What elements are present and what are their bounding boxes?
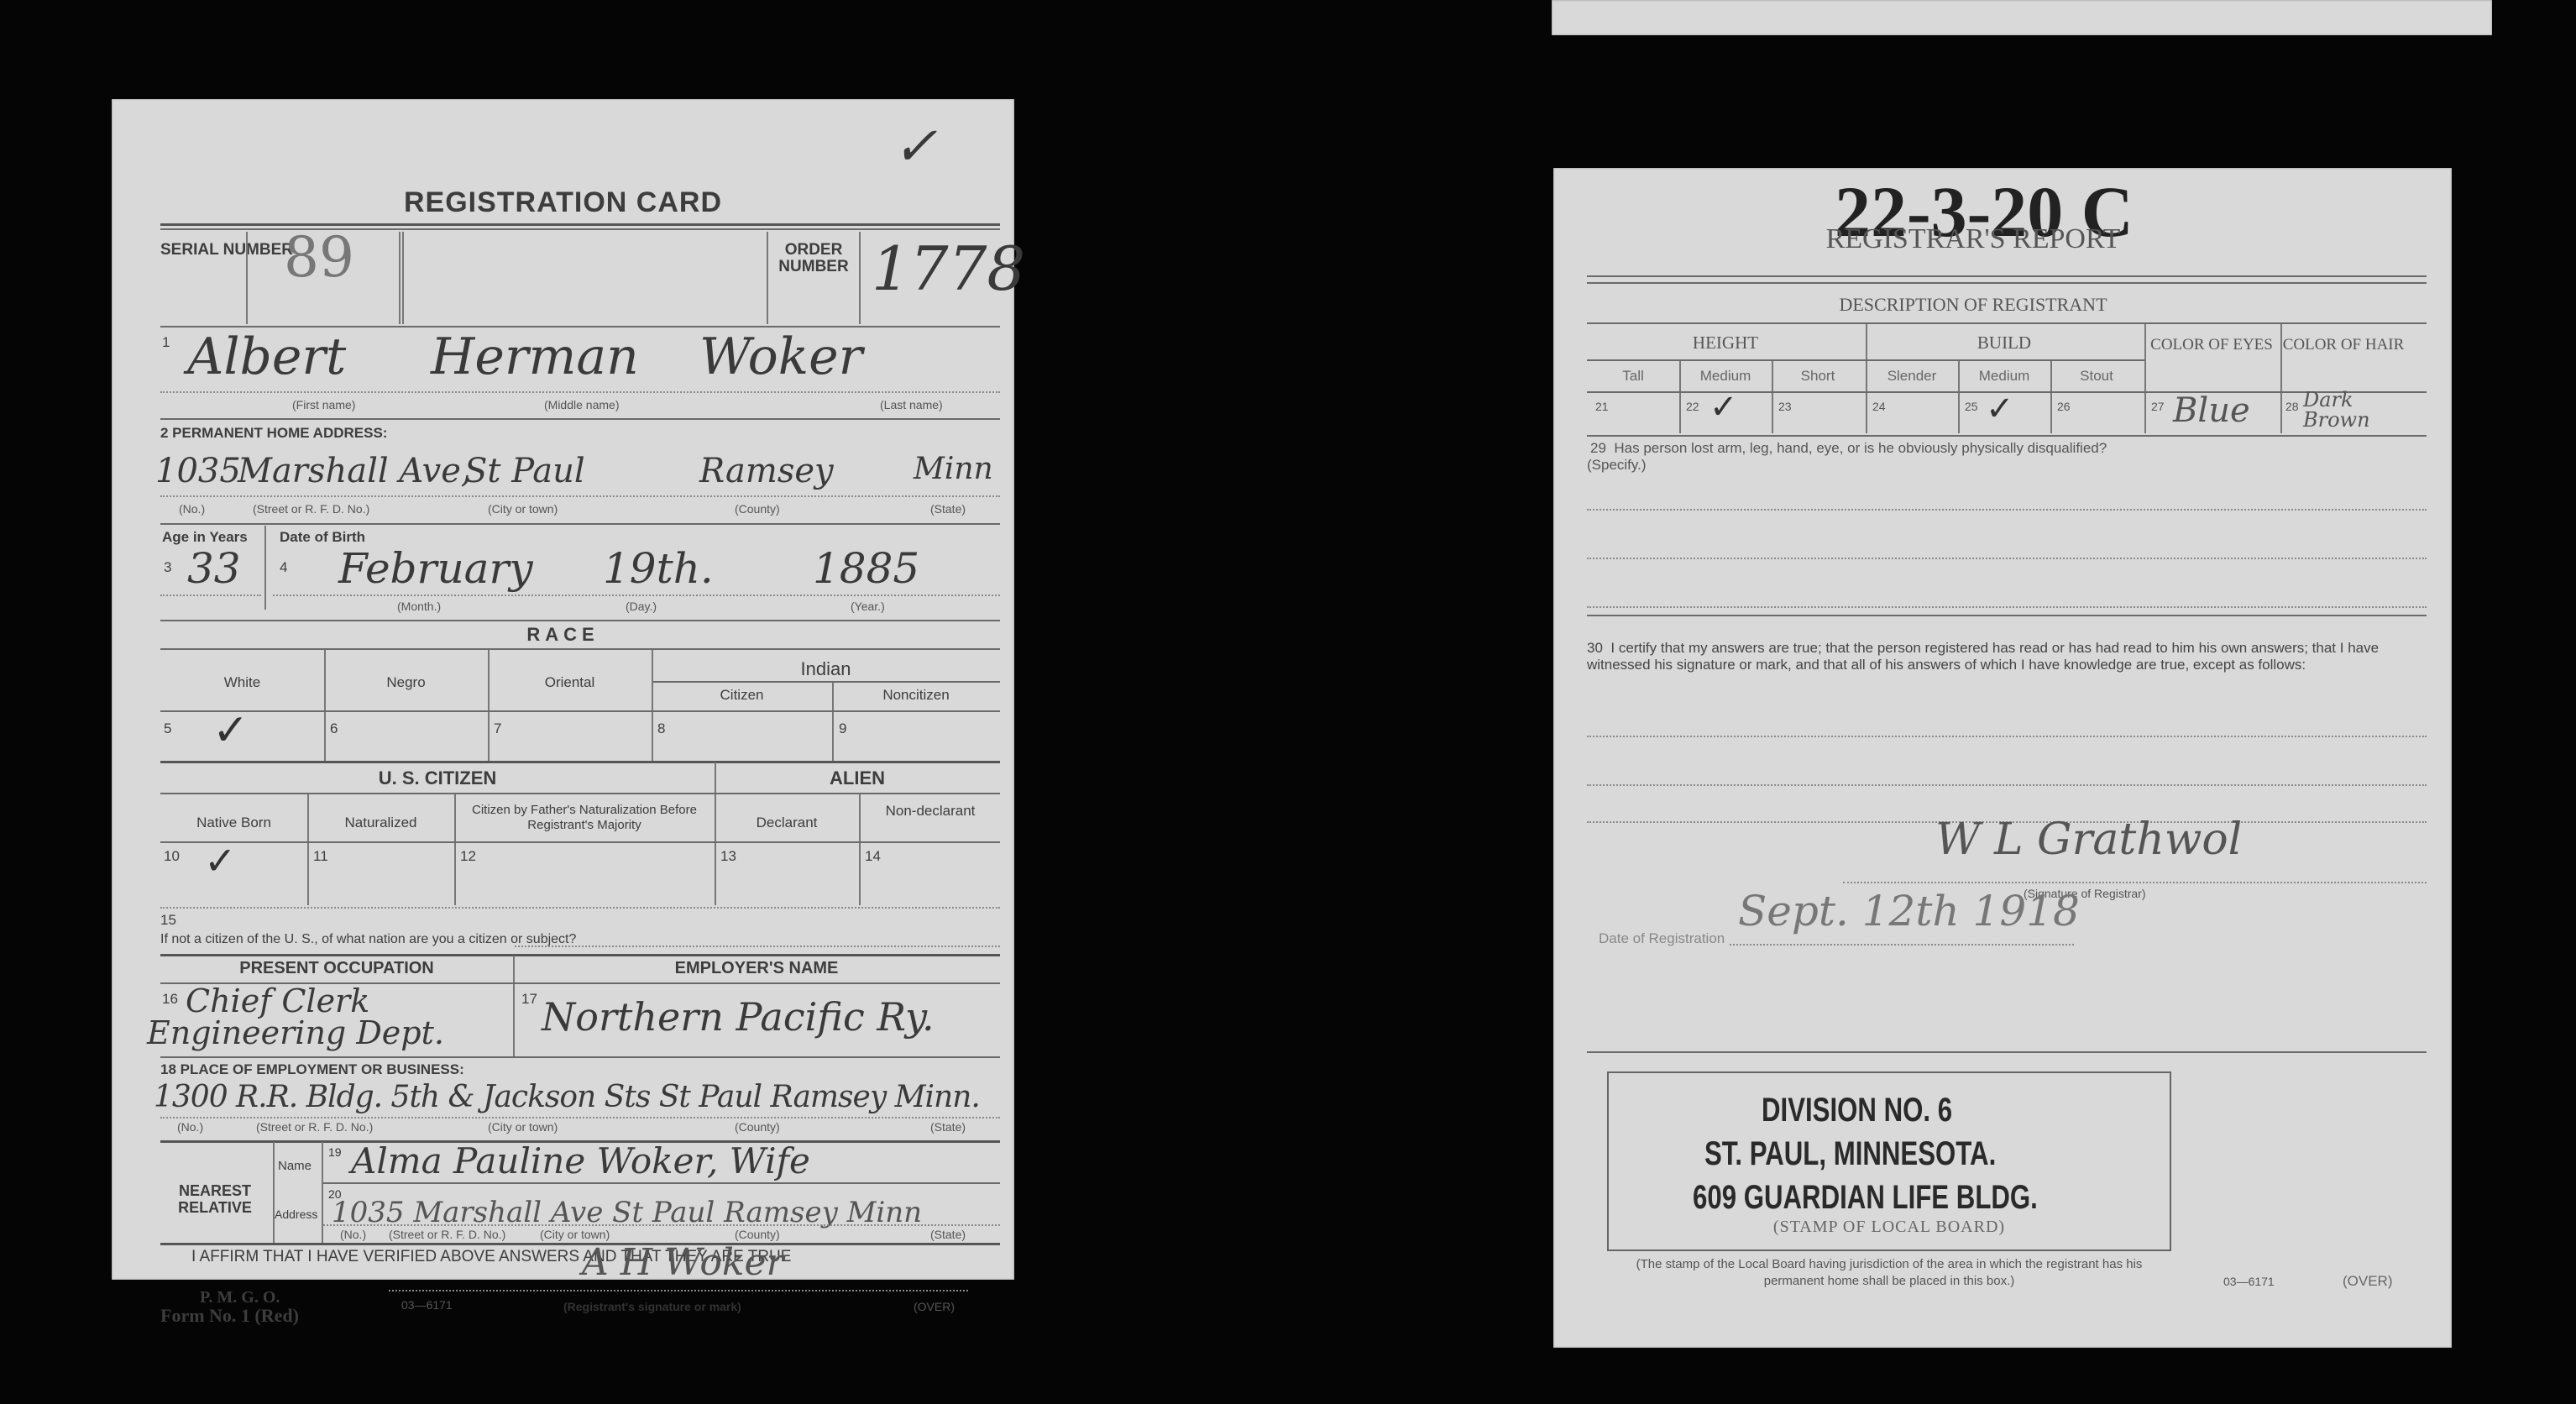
registration-card: ✓ REGISTRATION CARD SERIAL NUMBER 89 ORD…: [112, 99, 1014, 1280]
stamp-division: DIVISION NO. 6: [1762, 1092, 1952, 1129]
age-value: 33: [187, 544, 241, 593]
hair-color-value: Dark Brown: [2303, 390, 2395, 430]
stamp-address: 609 GUARDIAN LIFE BLDG.: [1693, 1179, 2038, 1217]
dob-year: 1885: [813, 544, 919, 593]
registrars-report-card: 22-3-20 C REGISTRAR'S REPORT DESCRIPTION…: [1553, 168, 2452, 1348]
last-name: Woker: [699, 327, 862, 386]
q30-text: 30 I certify that my answers are true; t…: [1587, 640, 2427, 673]
adjacent-card-strip: [1552, 0, 2492, 35]
registration-date: Sept. 12th 1918: [1738, 887, 2080, 935]
report-title: REGISTRAR'S REPORT: [1553, 223, 2393, 255]
dob-month: February: [338, 544, 533, 593]
home-address-street: Marshall Ave,: [238, 452, 472, 490]
card-title: REGISTRATION CARD: [112, 186, 1014, 219]
serial-number-value: 89: [284, 225, 354, 290]
home-address-number: 1035: [155, 452, 241, 490]
dob-day: 19th.: [603, 544, 714, 593]
employer-name: Northern Pacific Ry.: [542, 994, 935, 1040]
order-number-value: 1778: [872, 233, 1025, 304]
form-number: Form No. 1 (Red): [160, 1305, 299, 1327]
q29-text: 29 Has person lost arm, leg, hand, eye, …: [1590, 440, 2107, 457]
first-name: Albert: [187, 327, 346, 386]
registrar-signature: W L Grathwol: [1935, 815, 2242, 865]
place-of-employment: 1300 R.R. Bldg. 5th & Jackson Sts St Pau…: [154, 1080, 980, 1114]
stamp-note: (The stamp of the Local Board having jur…: [1612, 1256, 2166, 1290]
home-address-county: Ramsey: [699, 452, 834, 490]
occupation-line2: Engineering Dept.: [147, 1014, 444, 1051]
registrant-signature: A H Woker: [582, 1241, 784, 1284]
race-white-check: ✓: [212, 705, 249, 756]
eye-color-value: Blue: [2173, 391, 2250, 430]
middle-name: Herman: [431, 327, 639, 386]
home-address-state: Minn: [914, 452, 993, 486]
corner-check-mark: ✓: [893, 116, 938, 178]
build-medium-check: ✓: [1986, 390, 2014, 428]
height-medium-check: ✓: [1709, 388, 1738, 427]
order-label: ORDER NUMBER: [770, 242, 857, 275]
home-address-label: 2 PERMANENT HOME ADDRESS:: [160, 425, 387, 442]
home-address-city: St Paul: [464, 452, 585, 490]
race-title: RACE: [112, 624, 1014, 646]
stamp-city: ST. PAUL, MINNESOTA.: [1704, 1135, 1996, 1173]
nearest-relative-name: Alma Pauline Woker, Wife: [351, 1140, 810, 1181]
serial-label: SERIAL NUMBER: [160, 242, 244, 259]
native-born-check: ✓: [204, 838, 237, 883]
